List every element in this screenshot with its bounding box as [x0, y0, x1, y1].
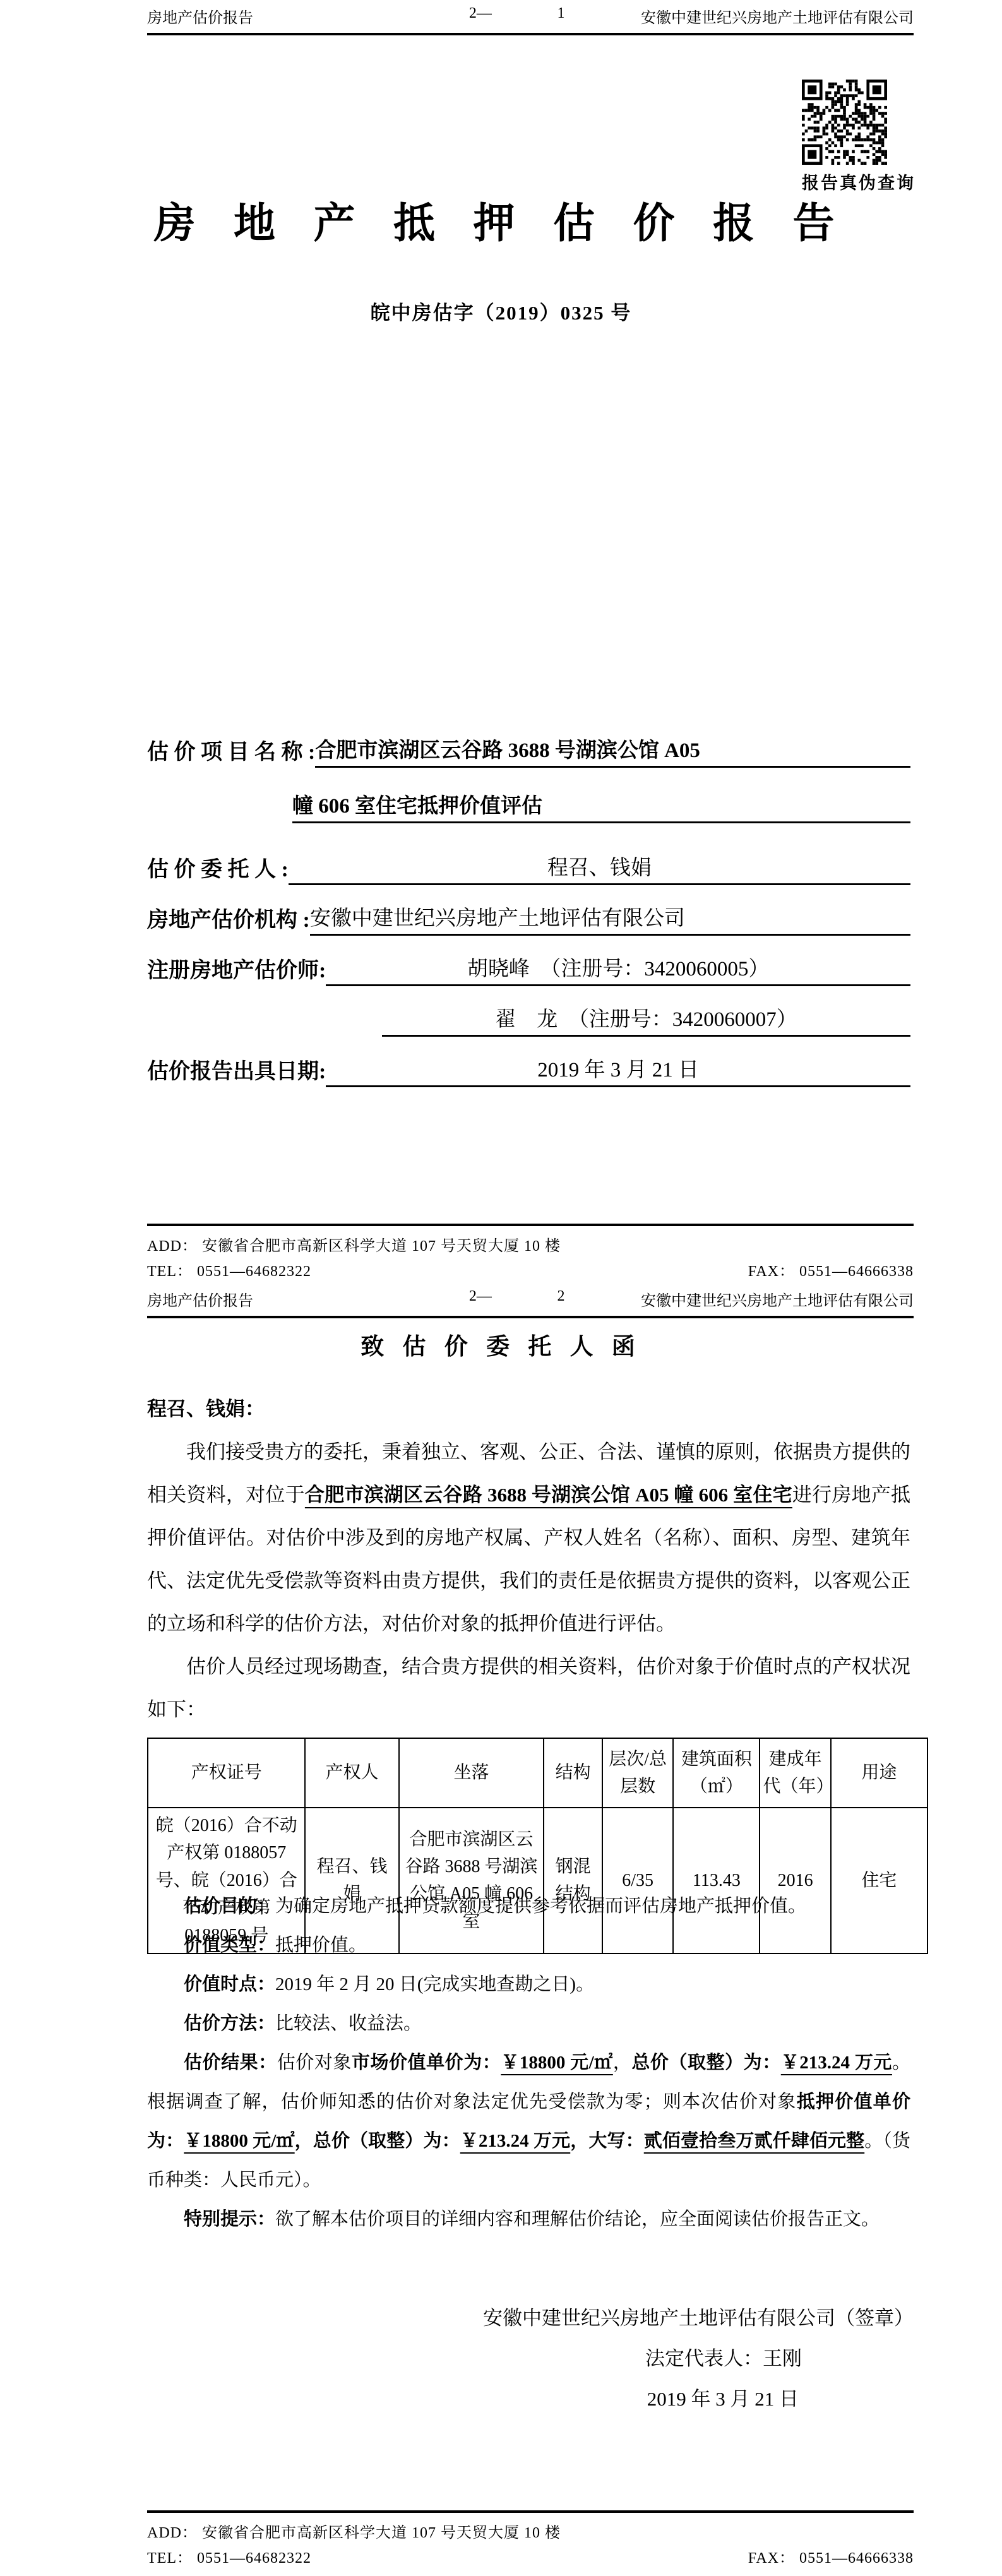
header-page-number: 2 — [557, 1288, 564, 1305]
form-row-project-name-cont: 幢 606 室住宅抵押价值评估 — [147, 773, 910, 823]
col-header-owner: 产权人 — [305, 1738, 398, 1808]
result-total-price: ￥213.24 万元 — [781, 2053, 892, 2073]
form-row-agency: 房地产估价机构 : 安徽中建世纪兴房地产土地评估有限公司 — [147, 885, 910, 936]
agency-value: 安徽中建世纪兴房地产土地评估有限公司 — [310, 902, 910, 936]
report-number: 皖中房估字（2019）0325 号 — [0, 297, 1002, 325]
header-page-prefix: 2— — [469, 5, 492, 22]
signature-block: 安徽中建世纪兴房地产土地评估有限公司（签章） 法定代表人：王刚 2019 年 3… — [147, 2298, 914, 2419]
col-header-year-built: 建成年代（年） — [760, 1738, 830, 1808]
item-value-type-text: 抵押价值。 — [275, 1935, 367, 1955]
result-seg: ，总价（取整）为： — [295, 2131, 460, 2151]
header-page-prefix: 2— — [469, 1288, 492, 1305]
page2-running-footer: ADD： 安徽省合肥市高新区科学大道 107 号天贸大厦 10 楼 TEL： 0… — [147, 2510, 914, 2571]
letter-title: 致 估 价 委 托 人 函 — [0, 1327, 1002, 1361]
item-purpose-label: 估价目的： — [184, 1896, 275, 1916]
header-doc-label: 房地产估价报告 — [147, 1288, 253, 1310]
header-company-name: 安徽中建世纪兴房地产土地评估有限公司 — [641, 1288, 914, 1310]
footer-fax: FAX： 0551—64666338 — [748, 2546, 914, 2571]
item-purpose-text: 为确定房地产抵押贷款额度提供参考依据而评估房地产抵押价值。 — [275, 1896, 806, 1916]
form-row-appraiser-2: 翟 龙 （注册号：3420060007） — [147, 986, 910, 1037]
letter-body: 程召、钱娟： 我们接受贵方的委托，秉着独立、客观、公正、合法、谨慎的原则，依据贵… — [147, 1388, 910, 1731]
col-header-certificate-no: 产权证号 — [148, 1738, 305, 1808]
letter-paragraph-1: 我们接受贵方的委托，秉着独立、客观、公正、合法、谨慎的原则，依据贵方提供的相关资… — [147, 1431, 910, 1645]
form-row-project-name: 估 价 项 目 名 称 : 合肥市滨湖区云谷路 3688 号湖滨公馆 A05 — [147, 717, 910, 768]
item-purpose: 估价目的：为确定房地产抵押贷款额度提供参考依据而评估房地产抵押价值。 — [147, 1887, 910, 1926]
appraiser-2-value: 翟 龙 （注册号：3420060007） — [382, 1003, 910, 1037]
col-header-floor: 层次/总层数 — [602, 1738, 673, 1808]
result-seg: ， — [613, 2053, 632, 2073]
item-method-text: 比较法、收益法。 — [275, 2013, 422, 2034]
signature-company: 安徽中建世纪兴房地产土地评估有限公司（签章） — [147, 2298, 914, 2339]
result-unit-price: ￥18800 元/㎡ — [501, 2053, 613, 2073]
project-name-value-line1: 合肥市滨湖区云谷路 3688 号湖滨公馆 A05 — [315, 734, 910, 768]
issue-date-label: 估价报告出具日期: — [147, 1054, 326, 1087]
para1-after: 进行房地产抵押价值评估。对估价中涉及到的房地产权属、产权人姓名（名称）、面积、房… — [147, 1484, 910, 1635]
result-seg: 市场价值单价为： — [352, 2053, 501, 2073]
cover-form: 估 价 项 目 名 称 : 合肥市滨湖区云谷路 3688 号湖滨公馆 A05 幢… — [147, 717, 910, 1087]
col-header-use: 用途 — [831, 1738, 927, 1808]
footer-address: ADD： 安徽省合肥市高新区科学大道 107 号天贸大厦 10 楼 — [147, 1234, 914, 1259]
result-mortgage-total-price: ￥213.24 万元 — [460, 2131, 570, 2151]
item-value-date-text: 2019 年 2 月 20 日(完成实地查勘之日)。 — [275, 1974, 594, 1995]
qr-code-icon — [802, 80, 887, 165]
col-header-structure: 结构 — [544, 1738, 602, 1808]
result-seg: ，大写： — [570, 2131, 643, 2151]
footer-telephone: TEL： 0551—64682322 — [147, 2546, 311, 2571]
item-notice-label: 特别提示： — [184, 2209, 275, 2229]
para1-property-emphasis: 合肥市滨湖区云谷路 3688 号湖滨公馆 A05 幢 606 室住宅 — [305, 1484, 792, 1506]
item-result: 估价结果：估价对象市场价值单价为：￥18800 元/㎡，总价（取整）为：￥213… — [147, 2043, 910, 2200]
footer-telephone: TEL： 0551—64682322 — [147, 1259, 311, 1284]
result-amount-in-words: 贰佰壹拾叁万贰仟肆佰元整 — [644, 2131, 864, 2151]
client-label: 估 价 委 托 人 : — [147, 852, 289, 885]
result-seg: 总价（取整）为： — [631, 2053, 780, 2073]
appraisal-summary-items: 估价目的：为确定房地产抵押贷款额度提供参考依据而评估房地产抵押价值。 价值类型：… — [147, 1887, 910, 2239]
col-header-area: 建筑面积（㎡） — [673, 1738, 760, 1808]
form-row-issue-date: 估价报告出具日期: 2019 年 3 月 21 日 — [147, 1037, 910, 1087]
page2-running-header: 房地产估价报告 2— 2 安徽中建世纪兴房地产土地评估有限公司 — [147, 1288, 914, 1318]
item-method-label: 估价方法： — [184, 2013, 275, 2034]
item-value-date: 价值时点：2019 年 2 月 20 日(完成实地查勘之日)。 — [147, 1965, 910, 2004]
signature-date: 2019 年 3 月 21 日 — [147, 2379, 914, 2419]
item-method: 估价方法：比较法、收益法。 — [147, 2004, 910, 2043]
letter-salutation: 程召、钱娟： — [147, 1388, 910, 1431]
project-name-value-line2: 幢 606 室住宅抵押价值评估 — [292, 789, 910, 823]
result-seg: 估价对象 — [277, 2053, 352, 2073]
appraiser-label: 注册房地产估价师: — [147, 953, 326, 986]
appraisal-report-document: 房地产估价报告 2— 1 安徽中建世纪兴房地产土地评估有限公司 报告真伪查询 房… — [0, 0, 1002, 2576]
appraiser-1-value: 胡晓峰 （注册号：3420060005） — [326, 952, 910, 986]
issue-date-value: 2019 年 3 月 21 日 — [326, 1053, 910, 1087]
item-notice-text: 欲了解本估价项目的详细内容和理解估价结论，应全面阅读估价报告正文。 — [275, 2209, 880, 2229]
header-page-number: 1 — [557, 5, 564, 22]
form-row-client: 估 价 委 托 人 : 程召、钱娟 — [147, 835, 910, 885]
page1-running-footer: ADD： 安徽省合肥市高新区科学大道 107 号天贸大厦 10 楼 TEL： 0… — [147, 1224, 914, 1284]
result-mortgage-unit-price: ￥18800 元/㎡ — [184, 2131, 294, 2151]
item-result-label: 估价结果： — [184, 2053, 277, 2073]
footer-address: ADD： 安徽省合肥市高新区科学大道 107 号天贸大厦 10 楼 — [147, 2520, 914, 2546]
footer-fax: FAX： 0551—64666338 — [748, 1259, 914, 1284]
report-verification-qr-block: 报告真伪查询 — [802, 80, 916, 194]
header-company-name: 安徽中建世纪兴房地产土地评估有限公司 — [641, 5, 914, 27]
item-value-type-label: 价值类型： — [184, 1935, 275, 1955]
letter-paragraph-2: 估价人员经过现场勘查，结合贵方提供的相关资料，估价对象于价值时点的产权状况如下： — [147, 1645, 910, 1731]
project-name-label: 估 价 项 目 名 称 : — [147, 734, 315, 768]
item-notice: 特别提示：欲了解本估价项目的详细内容和理解估价结论，应全面阅读估价报告正文。 — [147, 2200, 910, 2239]
client-value: 程召、钱娟 — [289, 851, 910, 885]
report-title: 房 地 产 抵 押 估 价 报 告 — [0, 189, 1002, 249]
form-row-appraiser-1: 注册房地产估价师: 胡晓峰 （注册号：3420060005） — [147, 936, 910, 986]
item-value-date-label: 价值时点： — [184, 1974, 275, 1995]
signature-representative: 法定代表人：王刚 — [147, 2339, 914, 2379]
table-header-row: 产权证号 产权人 坐落 结构 层次/总层数 建筑面积（㎡） 建成年代（年） 用途 — [148, 1738, 927, 1808]
agency-label: 房地产估价机构 : — [147, 902, 310, 936]
col-header-location: 坐落 — [399, 1738, 544, 1808]
header-doc-label: 房地产估价报告 — [147, 5, 253, 27]
page1-running-header: 房地产估价报告 2— 1 安徽中建世纪兴房地产土地评估有限公司 — [147, 5, 914, 35]
item-value-type: 价值类型：抵押价值。 — [147, 1926, 910, 1965]
